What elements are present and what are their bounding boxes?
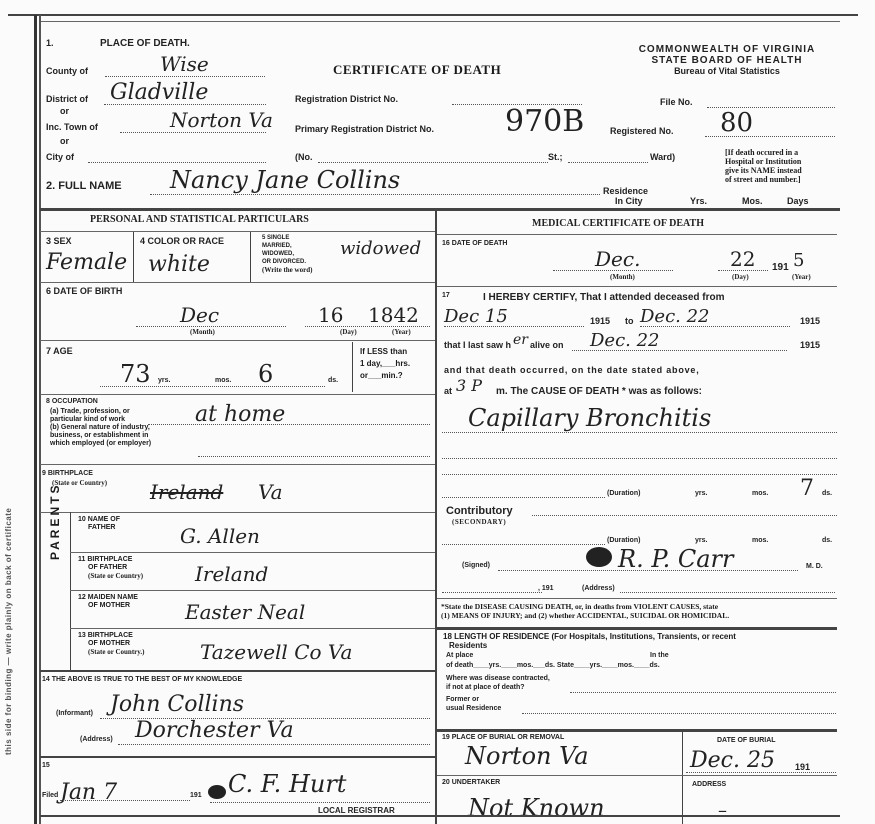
place-of-death-label: PLACE OF DEATH. bbox=[100, 38, 190, 49]
undertaker-value: Not Known bbox=[468, 794, 605, 822]
race-value: white bbox=[148, 252, 210, 277]
county-value: Wise bbox=[160, 52, 209, 76]
attended-from-value: Dec 15 bbox=[444, 306, 508, 327]
physician-signature: R. P. Carr bbox=[618, 545, 734, 573]
dod-year: 5 bbox=[793, 250, 804, 271]
city-label: City of bbox=[46, 152, 74, 162]
district-label: District of bbox=[46, 94, 88, 104]
informant-value: John Collins bbox=[110, 692, 244, 717]
top-border bbox=[8, 14, 858, 16]
informant-heading: 14 THE ABOVE IS TRUE TO THE BEST OF MY K… bbox=[42, 676, 242, 683]
duration-days-value: 7 bbox=[800, 476, 814, 501]
registrar-signature: C. F. Hurt bbox=[228, 770, 346, 798]
age-days: 6 bbox=[258, 360, 273, 388]
attended-to-value: Dec. 22 bbox=[640, 306, 710, 327]
dob-month: Dec bbox=[180, 303, 219, 327]
mother-birthplace-value: Tazewell Co Va bbox=[200, 640, 352, 664]
last-saw-date: Dec. 22 bbox=[590, 330, 660, 351]
age-years: 73 bbox=[120, 360, 151, 388]
residence-section: 18 LENGTH OF RESIDENCE (For Hospitals, I… bbox=[443, 632, 736, 650]
birthplace-value: Va bbox=[258, 480, 283, 504]
full-name-label: 2. FULL NAME bbox=[46, 180, 122, 192]
certificate-title: CERTIFICATE OF DEATH bbox=[333, 62, 501, 78]
occupation-value: at home bbox=[195, 402, 285, 427]
district-value: Gladville bbox=[110, 80, 208, 105]
father-name-value: G. Allen bbox=[180, 524, 260, 548]
cause-footnote: *State the DISEASE CAUSING DEATH, or, in… bbox=[441, 602, 729, 620]
personal-section-title: PERSONAL AND STATISTICAL PARTICULARS bbox=[90, 214, 309, 225]
informant-address-value: Dorchester Va bbox=[135, 718, 294, 743]
full-name-value: Nancy Jane Collins bbox=[170, 166, 400, 194]
less-than-day-label: If LESS than 1 day,___hrs. or___min.? bbox=[360, 346, 410, 382]
parents-label: PARENTS bbox=[48, 483, 62, 560]
local-registrar-label: LOCAL REGISTRAR bbox=[318, 806, 395, 815]
time-of-death: 3 P bbox=[456, 376, 482, 395]
file-no-label: File No. bbox=[660, 97, 693, 107]
burial-date-value: Dec. 25 bbox=[690, 748, 775, 773]
town-value: Norton Va bbox=[170, 108, 273, 132]
primary-registration-value: 970B bbox=[505, 104, 584, 139]
father-birthplace-value: Ireland bbox=[195, 562, 268, 586]
left-border bbox=[34, 15, 37, 824]
dod-month: Dec. bbox=[595, 247, 640, 271]
county-label: County of bbox=[46, 66, 88, 76]
hospital-note: [If death occured in a Hospital or Insti… bbox=[725, 148, 802, 184]
ink-blot bbox=[586, 547, 612, 567]
medical-section-title: MEDICAL CERTIFICATE OF DEATH bbox=[532, 218, 704, 229]
dob-year: 1842 bbox=[368, 303, 419, 327]
town-label: Inc. Town of bbox=[46, 122, 98, 132]
primary-registration-label: Primary Registration District No. bbox=[295, 124, 434, 134]
cause-of-death-value: Capillary Bronchitis bbox=[468, 404, 711, 432]
registration-district-label: Registration District No. bbox=[295, 94, 398, 104]
left-border-inner bbox=[39, 15, 41, 824]
marital-status-label: 5 SINGLE MARRIED, WIDOWED, OR DIVORCED. … bbox=[262, 234, 312, 274]
birthplace-struck: Ireland bbox=[150, 480, 223, 504]
undertaker-address-value: – bbox=[718, 800, 727, 821]
death-certificate: this side for binding — write plainly on… bbox=[0, 0, 875, 824]
registered-no-value: 80 bbox=[720, 108, 753, 138]
section-1-number: 1. bbox=[46, 38, 54, 48]
dob-day: 16 bbox=[318, 303, 343, 327]
ink-blot bbox=[208, 785, 226, 799]
registered-no-label: Registered No. bbox=[610, 126, 674, 136]
dod-day: 22 bbox=[730, 247, 755, 271]
filed-date-value: Jan 7 bbox=[60, 780, 117, 805]
marital-status-value: widowed bbox=[340, 238, 421, 259]
mother-name-value: Easter Neal bbox=[185, 600, 305, 624]
sex-value: Female bbox=[46, 250, 127, 275]
top-border-inner bbox=[40, 21, 840, 22]
issuing-authority: COMMONWEALTH OF VIRGINIA STATE BOARD OF … bbox=[612, 44, 842, 76]
binding-edge-note: this side for binding — write plainly on… bbox=[4, 395, 16, 755]
burial-place-value: Norton Va bbox=[465, 742, 589, 770]
